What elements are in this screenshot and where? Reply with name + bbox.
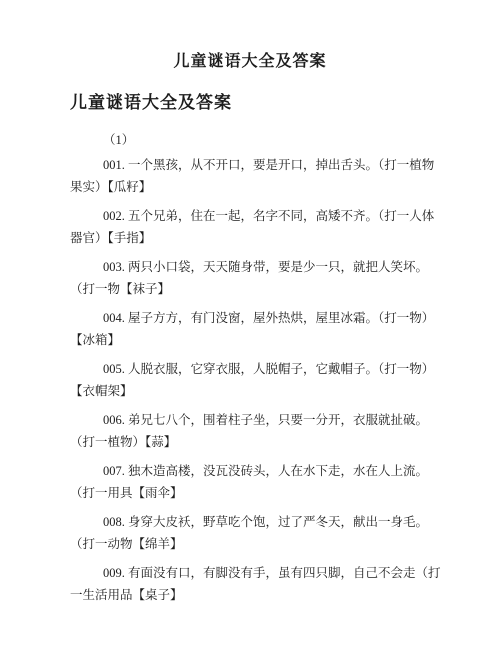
document-page: 儿童谜语大全及答案 儿童谜语大全及答案 （1） 001. 一个黑孩，从不开口，要… — [0, 0, 500, 647]
document-heading: 儿童谜语大全及答案 — [70, 90, 445, 116]
riddle-item-007: 007. 独木造高楼，没瓦没砖头，人在水下走，水在人上流。（打一用具【雨伞】 — [70, 460, 445, 504]
riddle-item-002: 002. 五个兄弟，住在一起，名字不同，高矮不齐。（打一人体器官）【手指】 — [70, 205, 445, 249]
riddle-item-001: 001. 一个黑孩，从不开口，要是开口，掉出舌头。（打一植物果实）【瓜籽】 — [70, 154, 445, 198]
riddle-item-005: 005. 人脱衣服，它穿衣服，人脱帽子，它戴帽子。（打一物）【衣帽架】 — [70, 358, 445, 402]
riddle-item-003: 003. 两只小口袋，天天随身带，要是少一只，就把人笑坏。（打一物【袜子】 — [70, 256, 445, 300]
document-title: 儿童谜语大全及答案 — [0, 50, 500, 74]
riddle-item-009: 009. 有面没有口，有脚没有手，虽有四只脚，自己不会走（打一生活用品【桌子】 — [70, 562, 445, 606]
riddle-item-008: 008. 身穿大皮袄，野草吃个饱，过了严冬天，献出一身毛。（打一动物【绵羊】 — [70, 511, 445, 555]
riddle-item-006: 006. 弟兄七八个，围着柱子坐，只要一分开，衣服就扯破。（打一植物）【蒜】 — [70, 409, 445, 453]
riddle-item-004: 004. 屋子方方，有门没窗，屋外热烘，屋里冰霜。（打一物）【冰箱】 — [70, 307, 445, 351]
section-label: （1） — [70, 132, 445, 148]
